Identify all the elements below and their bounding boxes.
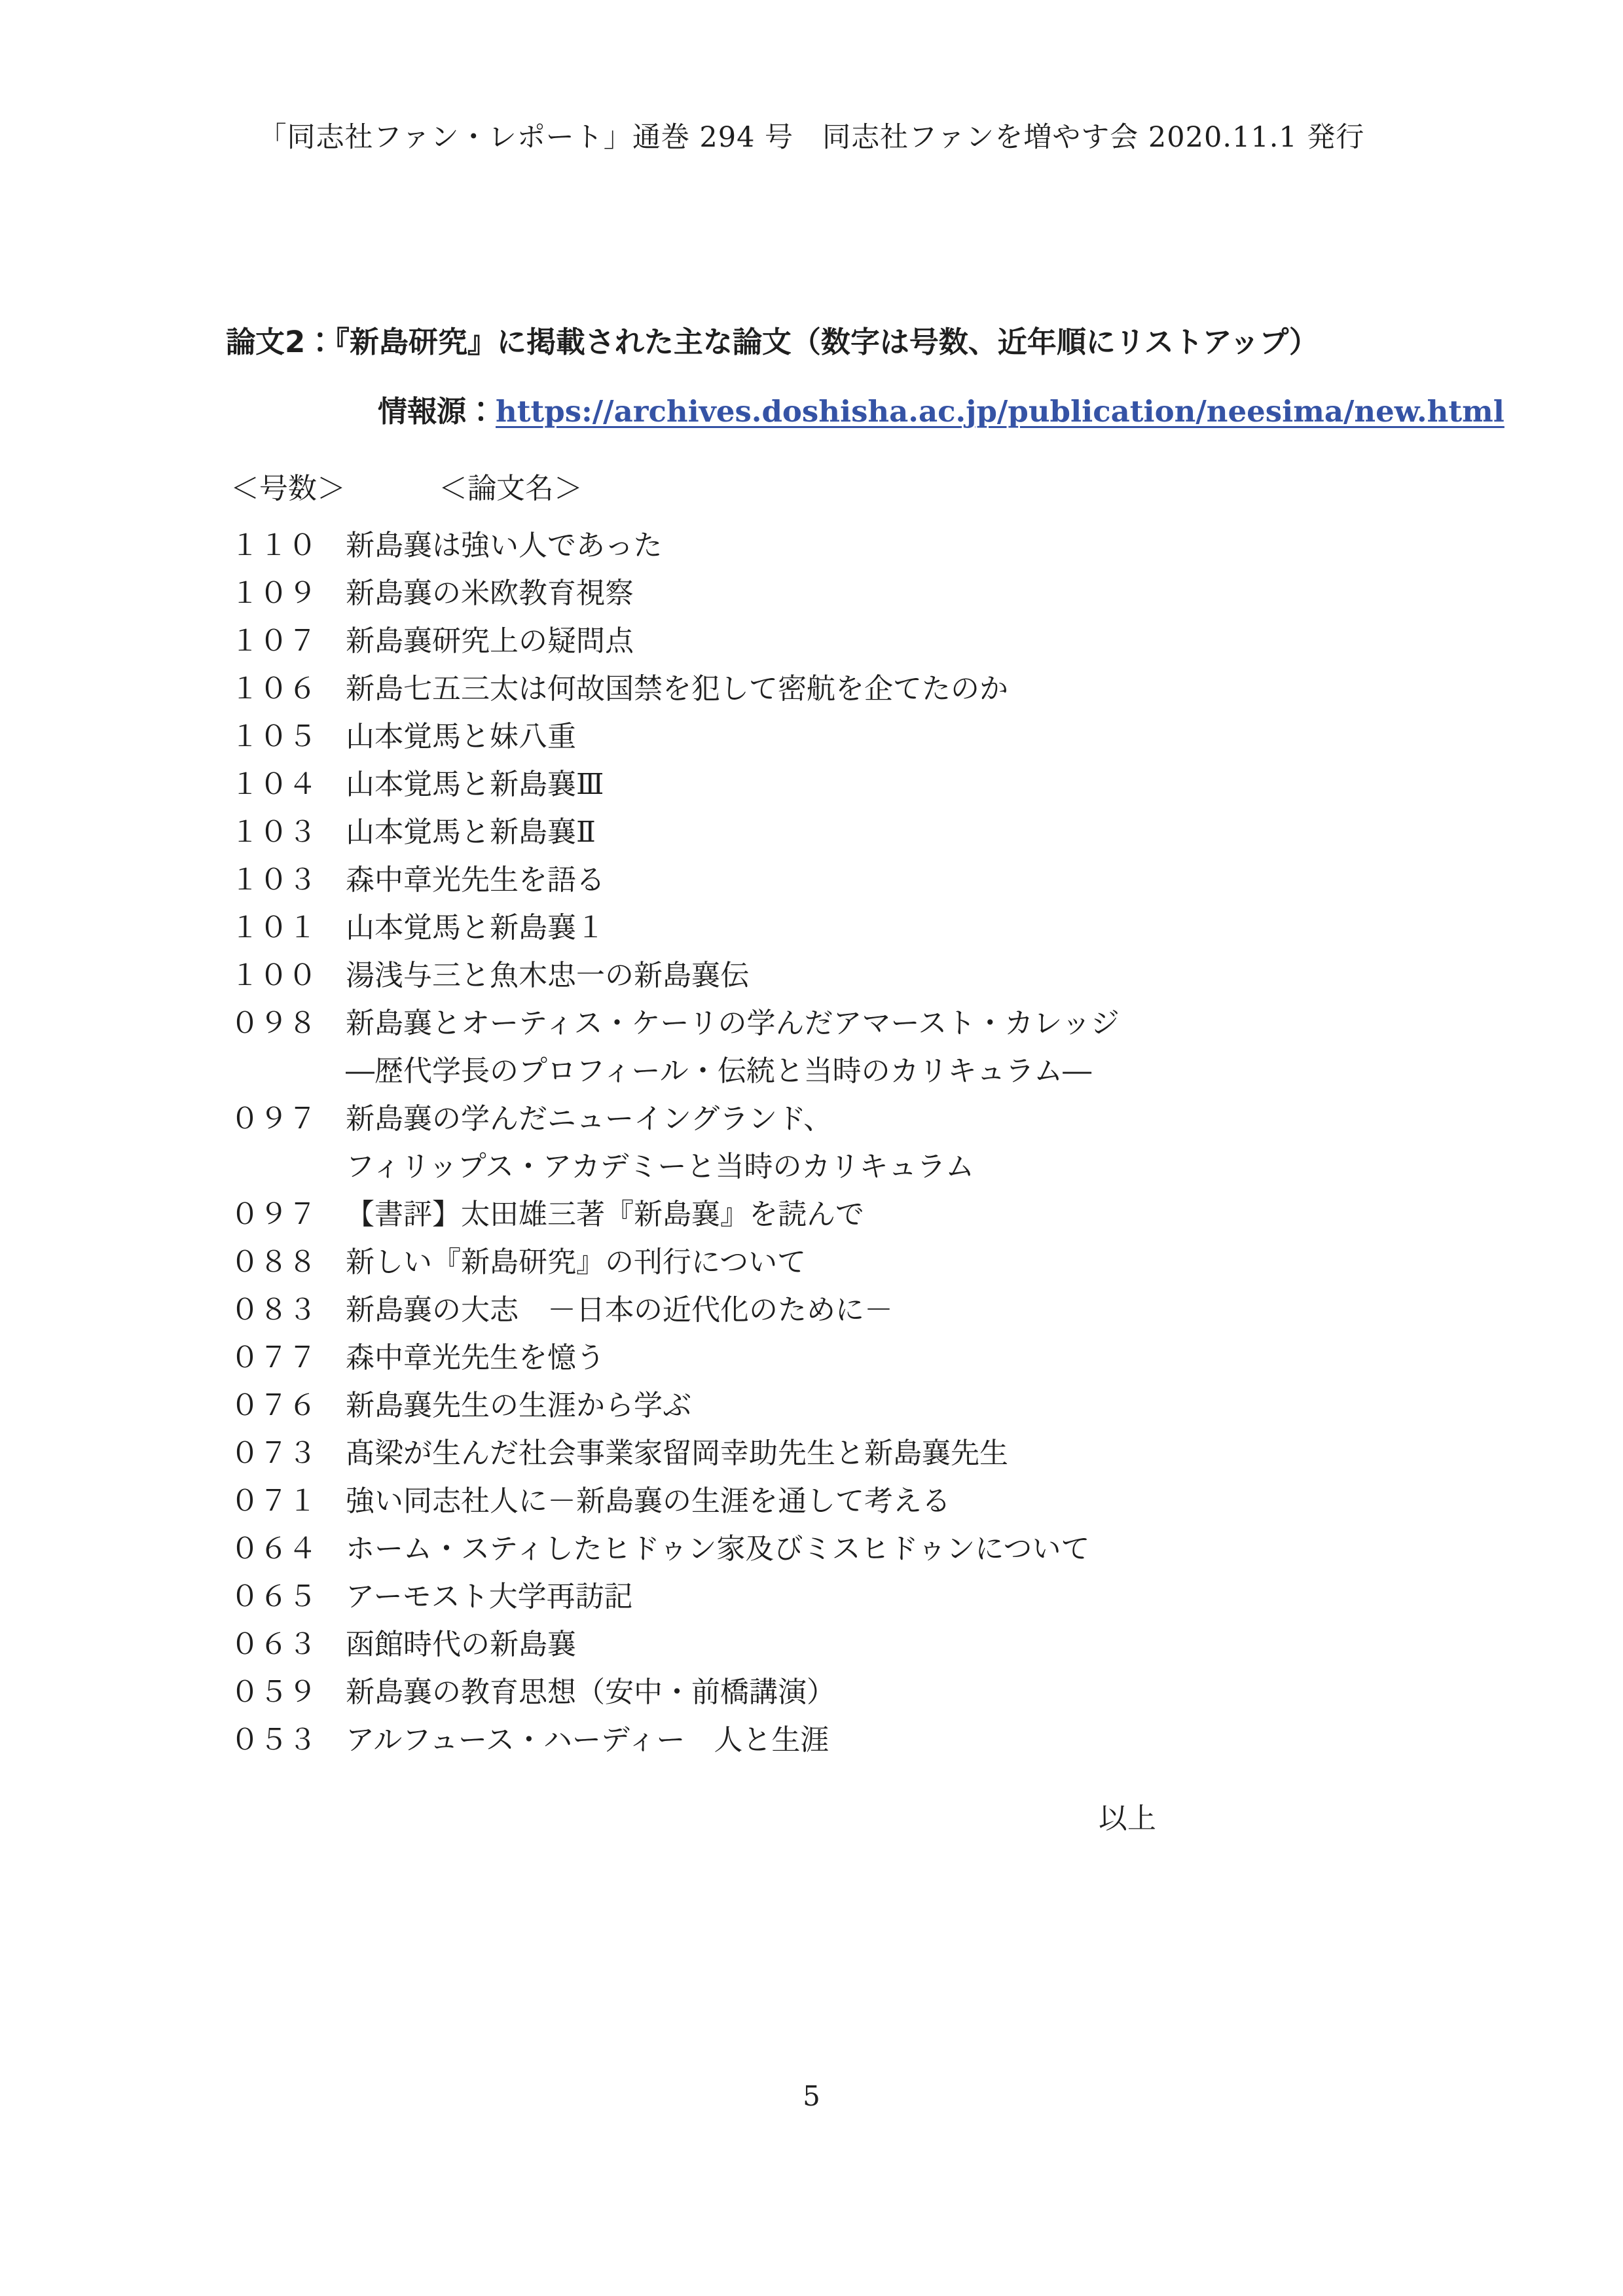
article-row: １０３森中章光先生を語る	[230, 856, 1120, 904]
page-number: 5	[0, 2080, 1623, 2112]
issue-number: １０７	[230, 617, 346, 665]
issue-number: １０６	[230, 665, 346, 713]
issue-number: ０６５	[230, 1573, 346, 1621]
article-title: 新しい『新島研究』の刊行について	[346, 1238, 806, 1286]
article-title: 髙梁が生んだ社会事業家留岡幸助先生と新島襄先生	[346, 1429, 1008, 1477]
article-title: 新島襄とオーティス・ケーリの学んだアマースト・カレッジ	[346, 999, 1120, 1047]
article-title: 山本覚馬と新島襄Ⅲ	[346, 761, 604, 808]
document-page: 「同志社ファン・レポート」通巻 294 号 同志社ファンを増やす会 2020.1…	[0, 0, 1623, 2296]
article-title: 湯浅与三と魚木忠一の新島襄伝	[346, 952, 749, 999]
issue-number: １０４	[230, 761, 346, 808]
article-row: １０９新島襄の米欧教育視察	[230, 569, 1120, 617]
closing-text: 以上	[1099, 1795, 1156, 1842]
article-row: ０９７【書評】太田雄三著『新島襄』を読んで	[230, 1191, 1120, 1238]
article-row: ０５３アルフュース・ハーディー 人と生涯	[230, 1716, 1120, 1764]
article-title: ホーム・スティしたヒドゥン家及びミスヒドゥンについて	[346, 1525, 1090, 1573]
article-row: ０６３函館時代の新島襄	[230, 1621, 1120, 1668]
article-row: １０４山本覚馬と新島襄Ⅲ	[230, 761, 1120, 808]
column-header-title: ＜論文名＞	[439, 465, 583, 512]
article-row: １００湯浅与三と魚木忠一の新島襄伝	[230, 952, 1120, 999]
article-title: 新島襄は強い人であった	[346, 522, 663, 569]
article-title: 新島襄の教育思想（安中・前橋講演）	[346, 1668, 835, 1716]
list-header: ＜号数＞ ＜論文名＞	[230, 465, 1120, 512]
issue-number: １０５	[230, 713, 346, 761]
article-title: 山本覚馬と妹八重	[346, 713, 576, 761]
source-label: 情報源：	[378, 394, 496, 429]
article-title: 山本覚馬と新島襄１	[346, 904, 605, 952]
issue-number: ０９７	[230, 1191, 346, 1238]
issue-number: ０５３	[230, 1716, 346, 1764]
article-row: ０６５アーモスト大学再訪記	[230, 1573, 1120, 1621]
issue-number: ０７６	[230, 1382, 346, 1429]
article-row: ０７７森中章光先生を憶う	[230, 1334, 1120, 1382]
issue-number: １０３	[230, 856, 346, 904]
article-title-continuation: フィリップス・アカデミーと当時のカリキュラム	[346, 1143, 1120, 1191]
section-title-text: ：『新島研究』に掲載された主な論文（数字は号数、近年順にリストアップ）	[305, 325, 1319, 359]
article-row: ０７３髙梁が生んだ社会事業家留岡幸助先生と新島襄先生	[230, 1429, 1120, 1477]
article-title: 強い同志社人に－新島襄の生涯を通して考える	[346, 1477, 951, 1525]
article-title: 新島襄の米欧教育視察	[346, 569, 634, 617]
article-title: 【書評】太田雄三著『新島襄』を読んで	[346, 1191, 864, 1238]
article-title: 新島襄先生の生涯から学ぶ	[346, 1382, 691, 1429]
article-row: ０７１強い同志社人に－新島襄の生涯を通して考える	[230, 1477, 1120, 1525]
issue-number: １００	[230, 952, 346, 999]
article-row: １０７新島襄研究上の疑問点	[230, 617, 1120, 665]
article-row: ０９８新島襄とオーティス・ケーリの学んだアマースト・カレッジ	[230, 999, 1120, 1047]
issue-number: ０７１	[230, 1477, 346, 1525]
issue-number: ０９７	[230, 1095, 346, 1143]
article-title: 森中章光先生を憶う	[346, 1334, 605, 1382]
article-title-continuation: ―歴代学長のプロフィール・伝統と当時のカリキュラム―	[346, 1047, 1120, 1095]
issue-number: ０６４	[230, 1525, 346, 1573]
article-title: 森中章光先生を語る	[346, 856, 605, 904]
article-row: ０７６新島襄先生の生涯から学ぶ	[230, 1382, 1120, 1429]
article-row: ０９７新島襄の学んだニューイングランド、	[230, 1095, 1120, 1143]
article-row: １０１山本覚馬と新島襄１	[230, 904, 1120, 952]
source-url-link[interactable]: https://archives.doshisha.ac.jp/publicat…	[496, 394, 1504, 429]
article-row: ０８８新しい『新島研究』の刊行について	[230, 1238, 1120, 1286]
article-title: アルフュース・ハーディー 人と生涯	[346, 1716, 829, 1764]
document-header: 「同志社ファン・レポート」通巻 294 号 同志社ファンを増やす会 2020.1…	[0, 115, 1623, 155]
article-row: １０６新島七五三太は何故国禁を犯して密航を企てたのか	[230, 665, 1120, 713]
issue-number: １０３	[230, 808, 346, 856]
issue-number: ０９８	[230, 999, 346, 1047]
section-title-label: 論文2	[226, 325, 305, 359]
article-title: 新島七五三太は何故国禁を犯して密航を企てたのか	[346, 665, 1008, 713]
issue-number: １０９	[230, 569, 346, 617]
article-row: １０３山本覚馬と新島襄Ⅱ	[230, 808, 1120, 856]
article-row: ０６４ホーム・スティしたヒドゥン家及びミスヒドゥンについて	[230, 1525, 1120, 1573]
section-title: 論文2：『新島研究』に掲載された主な論文（数字は号数、近年順にリストアップ）	[226, 318, 1319, 361]
issue-number: ０７７	[230, 1334, 346, 1382]
issue-number: ０５９	[230, 1668, 346, 1716]
article-title: 函館時代の新島襄	[346, 1621, 576, 1668]
article-row: ０５９新島襄の教育思想（安中・前橋講演）	[230, 1668, 1120, 1716]
source-line: 情報源：https://archives.doshisha.ac.jp/publ…	[378, 387, 1504, 430]
article-title: 新島襄の学んだニューイングランド、	[346, 1095, 832, 1143]
article-list: ＜号数＞ ＜論文名＞ １１０新島襄は強い人であった １０９新島襄の米欧教育視察 …	[230, 465, 1120, 1764]
issue-number: ０８８	[230, 1238, 346, 1286]
article-title: 山本覚馬と新島襄Ⅱ	[346, 808, 596, 856]
issue-number: ０８３	[230, 1286, 346, 1334]
issue-number: １１０	[230, 522, 346, 569]
issue-number: １０１	[230, 904, 346, 952]
issue-number: ０７３	[230, 1429, 346, 1477]
article-row: １１０新島襄は強い人であった	[230, 522, 1120, 569]
issue-number: ０６３	[230, 1621, 346, 1668]
column-header-issue: ＜号数＞	[230, 465, 346, 512]
article-row: １０５山本覚馬と妹八重	[230, 713, 1120, 761]
article-title: 新島襄の大志 －日本の近代化のために－	[346, 1286, 893, 1334]
article-title: 新島襄研究上の疑問点	[346, 617, 634, 665]
article-row: ０８３新島襄の大志 －日本の近代化のために－	[230, 1286, 1120, 1334]
article-title: アーモスト大学再訪記	[346, 1573, 633, 1621]
